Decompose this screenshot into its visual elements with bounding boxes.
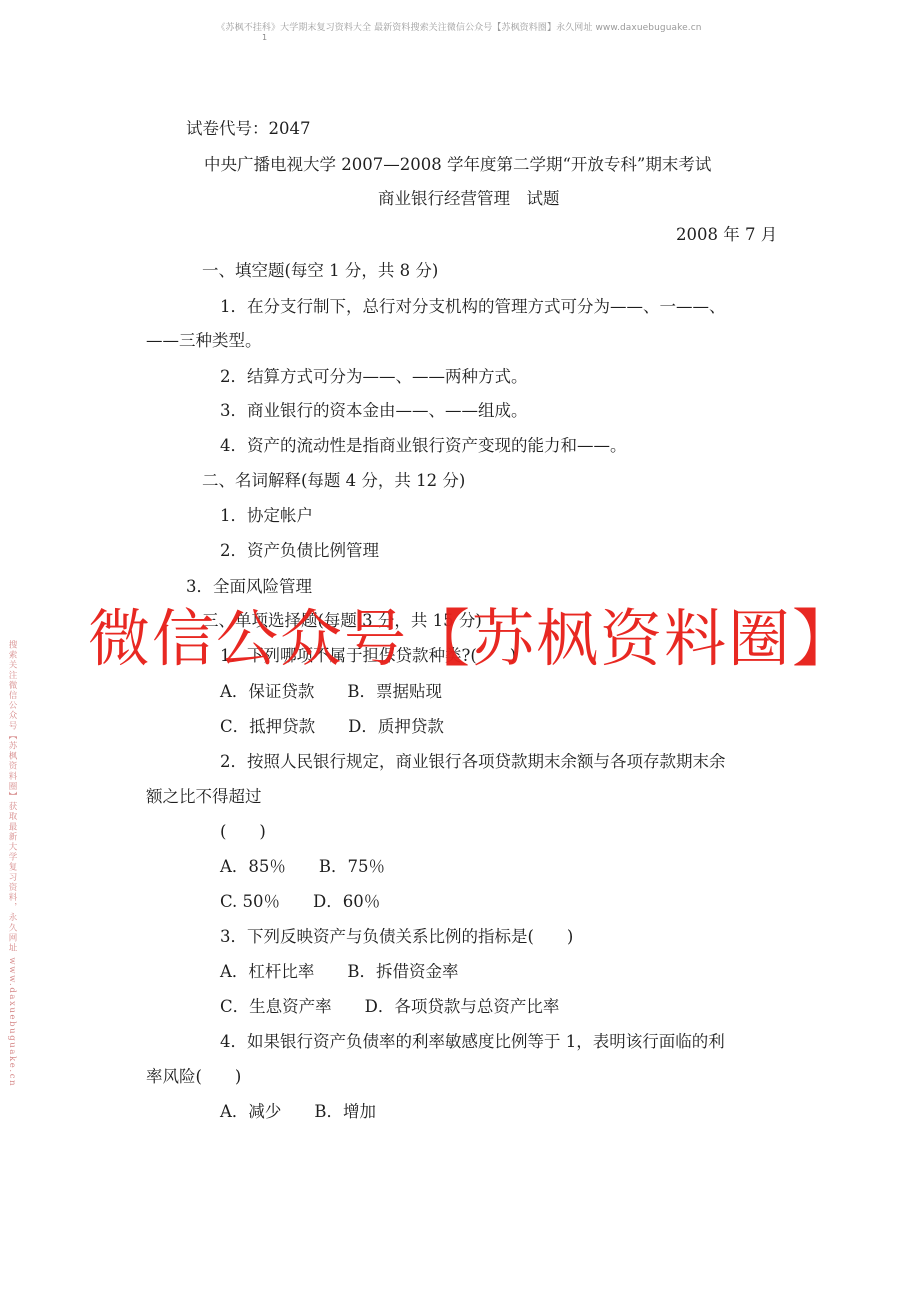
subject-line: 商业银行经营管理 试题 [378,188,560,210]
question-line: 2．结算方式可分为——、——两种方式。 [220,366,528,388]
exam-code: 试卷代号：2047 [186,118,311,140]
answer-bracket: ( ) [220,821,266,843]
section-heading-terms: 二、名词解释(每题 4 分，共 12 分) [202,470,465,492]
side-watermark: 搜索关注微信公众号【苏枫资料圈】获取最新大学复习资料，永久网址 www.daxu… [7,640,17,1087]
option-line: C. 50％ D．60％ [220,891,380,913]
question-line: 1．在分支行制下，总行对分支机构的管理方式可分为——、一——、 [220,296,726,318]
question-line: 2．资产负债比例管理 [220,540,379,562]
question-line: 3．商业银行的资本金由——、——组成。 [220,400,528,422]
header-note: 《苏枫不挂科》大学期末复习资料大全 最新资料搜索关注微信公众号【苏枫资料圈】永久… [0,20,918,33]
question-line: 额之比不得超过 [146,786,262,808]
question-line: 率风险( ) [146,1066,241,1088]
question-line: 3．下列反映资产与负债关系比例的指标是( ) [220,926,573,948]
option-line: A．85％ B．75％ [220,856,385,878]
question-line: 1．协定帐户 [220,505,313,527]
question-line: 4．如果银行资产负债率的利率敏感度比例等于 1，表明该行面临的利 [220,1031,725,1053]
header-mark: 1 [262,33,267,42]
university-line: 中央广播电视大学 2007—2008 学年度第二学期“开放专科”期末考试 [204,154,711,176]
overlay-watermark: 微信公众号【苏枫资料圈】 [88,603,856,675]
option-line: C．生息资产率 D．各项贷款与总资产比率 [220,996,559,1018]
exam-date: 2008 年 7 月 [676,224,777,246]
option-line: C．抵押贷款 D．质押贷款 [220,716,444,738]
question-line: 2．按照人民银行规定，商业银行各项贷款期末余额与各项存款期末余 [220,751,726,773]
question-line: 4．资产的流动性是指商业银行资产变现的能力和——。 [220,435,627,457]
question-line: ——三种类型。 [146,330,262,352]
section-heading-fill-blank: 一、填空题(每空 1 分，共 8 分) [202,260,438,282]
option-line: A．杠杆比率 B．拆借资金率 [220,961,459,983]
option-line: A．保证贷款 B．票据贴现 [220,681,442,703]
question-line: 3．全面风险管理 [186,576,312,598]
option-line: A．减少 B．增加 [220,1101,376,1123]
